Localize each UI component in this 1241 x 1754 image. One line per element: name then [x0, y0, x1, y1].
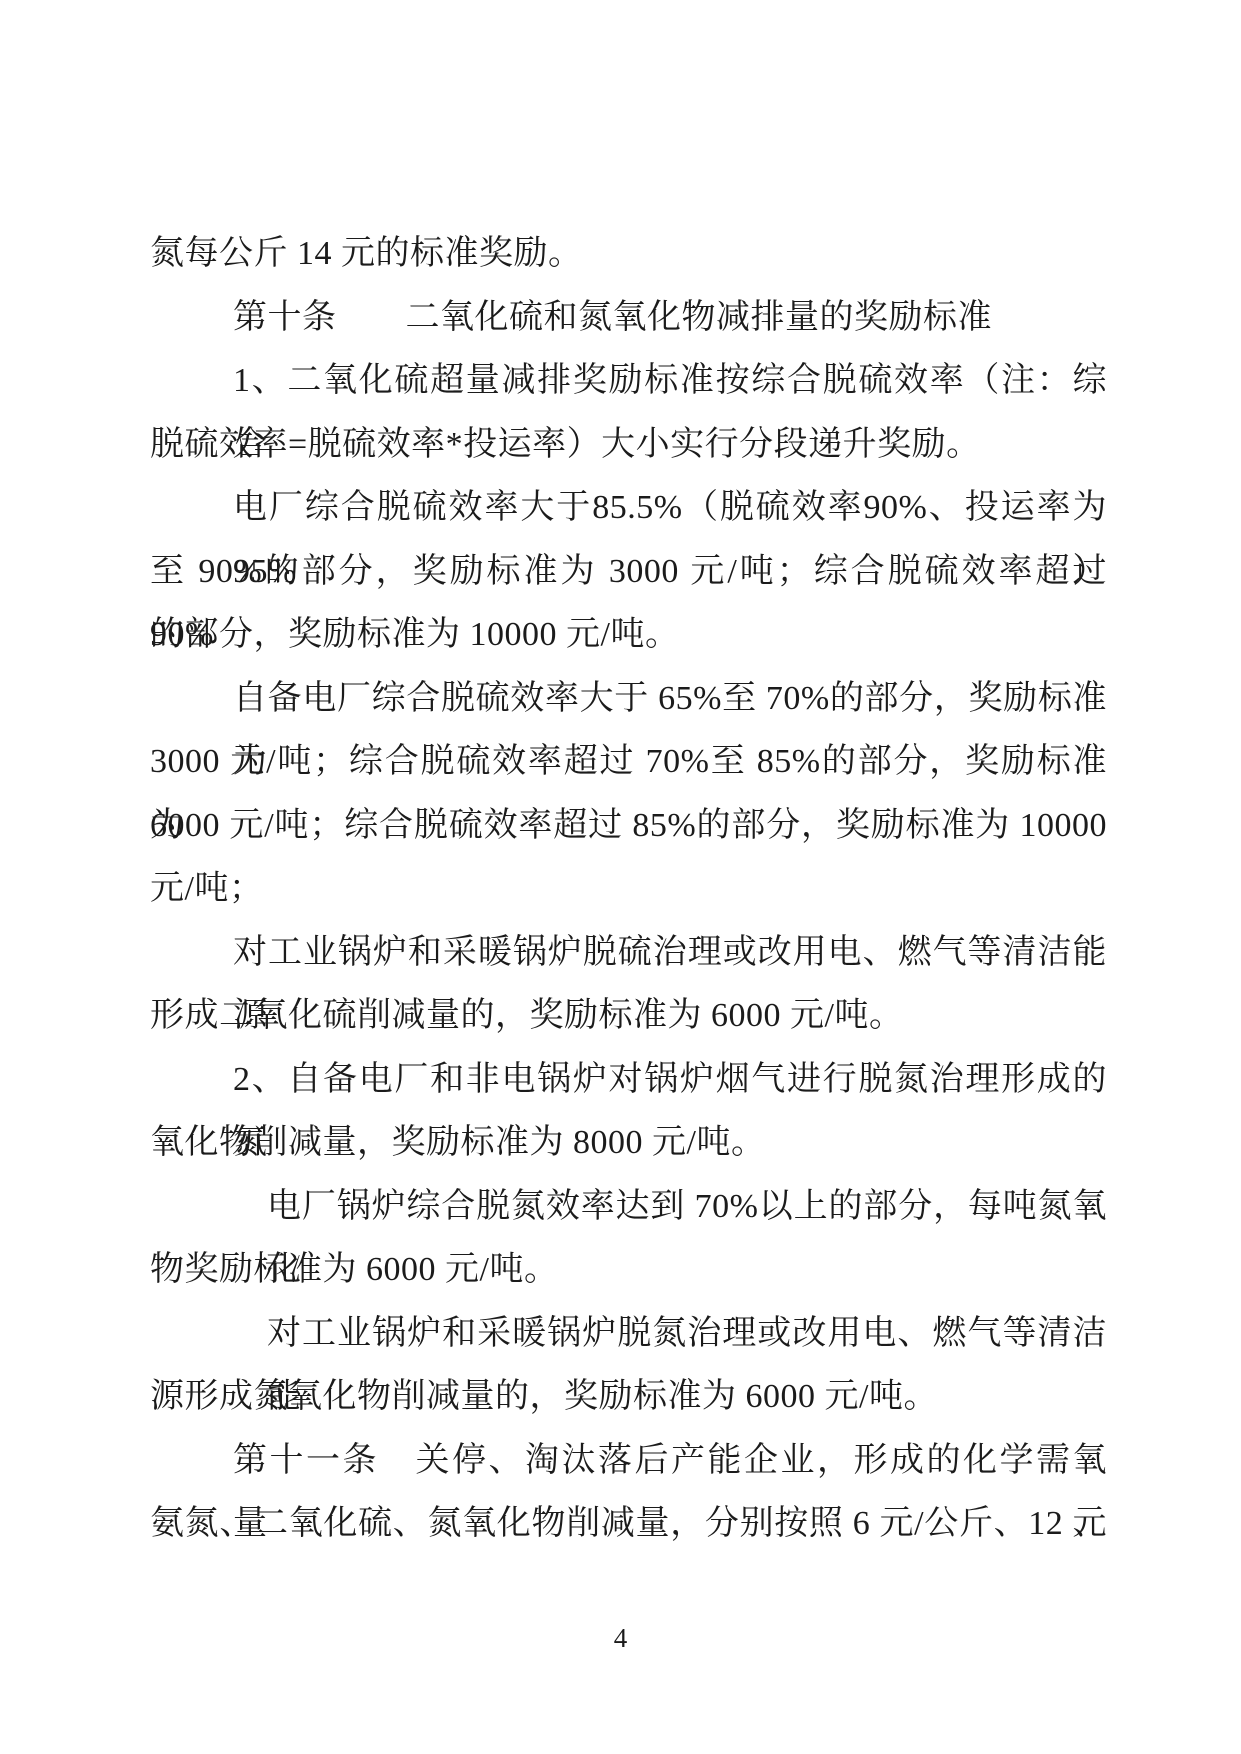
document-text-block: 氮每公斤 14 元的标准奖励。第十条 二氧化硫和氮氧化物减排量的奖励标准1、二氧… [150, 222, 1107, 1556]
text-line: 对工业锅炉和采暖锅炉脱氮治理或改用电、燃气等清洁能 [150, 1302, 1107, 1366]
text-line: 的部分，奖励标准为 10000 元/吨。 [150, 603, 1107, 667]
text-line: 氧化物削减量，奖励标准为 8000 元/吨。 [150, 1111, 1107, 1175]
page-number: 4 [0, 1622, 1241, 1654]
text-line: 源形成氮氧化物削减量的，奖励标准为 6000 元/吨。 [150, 1365, 1107, 1429]
text-line: 自备电厂综合脱硫效率大于 65%至 70%的部分，奖励标准为 [150, 667, 1107, 731]
text-line: 氮每公斤 14 元的标准奖励。 [150, 222, 1107, 286]
text-line: 1、二氧化硫超量减排奖励标准按综合脱硫效率（注：综合 [150, 349, 1107, 413]
text-line: 至 90%的部分，奖励标准为 3000 元/吨；综合脱硫效率超过 90% [150, 540, 1107, 604]
document-page: 氮每公斤 14 元的标准奖励。第十条 二氧化硫和氮氧化物减排量的奖励标准1、二氧… [0, 0, 1241, 1754]
text-line: 第十条 二氧化硫和氮氧化物减排量的奖励标准 [150, 286, 1107, 350]
text-line: 第十一条 关停、淘汰落后产能企业，形成的化学需氧量、 [150, 1429, 1107, 1493]
text-line: 6000 元/吨；综合脱硫效率超过 85%的部分，奖励标准为 10000 [150, 794, 1107, 858]
text-line: 元/吨； [150, 857, 1107, 921]
text-line: 氨氮、二氧化硫、氮氧化物削减量，分别按照 6 元/公斤、12 元 [150, 1492, 1107, 1556]
text-line: 电厂综合脱硫效率大于85.5%（脱硫效率90%、投运率为95%） [150, 476, 1107, 540]
text-line: 物奖励标准为 6000 元/吨。 [150, 1238, 1107, 1302]
text-line: 对工业锅炉和采暖锅炉脱硫治理或改用电、燃气等清洁能源 [150, 921, 1107, 985]
text-line: 电厂锅炉综合脱氮效率达到 70%以上的部分，每吨氮氧化 [150, 1175, 1107, 1239]
text-line: 脱硫效率=脱硫效率*投运率）大小实行分段递升奖励。 [150, 413, 1107, 477]
text-line: 3000 元/吨；综合脱硫效率超过 70%至 85%的部分，奖励标准为 [150, 730, 1107, 794]
text-line: 2、自备电厂和非电锅炉对锅炉烟气进行脱氮治理形成的氮 [150, 1048, 1107, 1112]
text-line: 形成二氧化硫削减量的，奖励标准为 6000 元/吨。 [150, 984, 1107, 1048]
